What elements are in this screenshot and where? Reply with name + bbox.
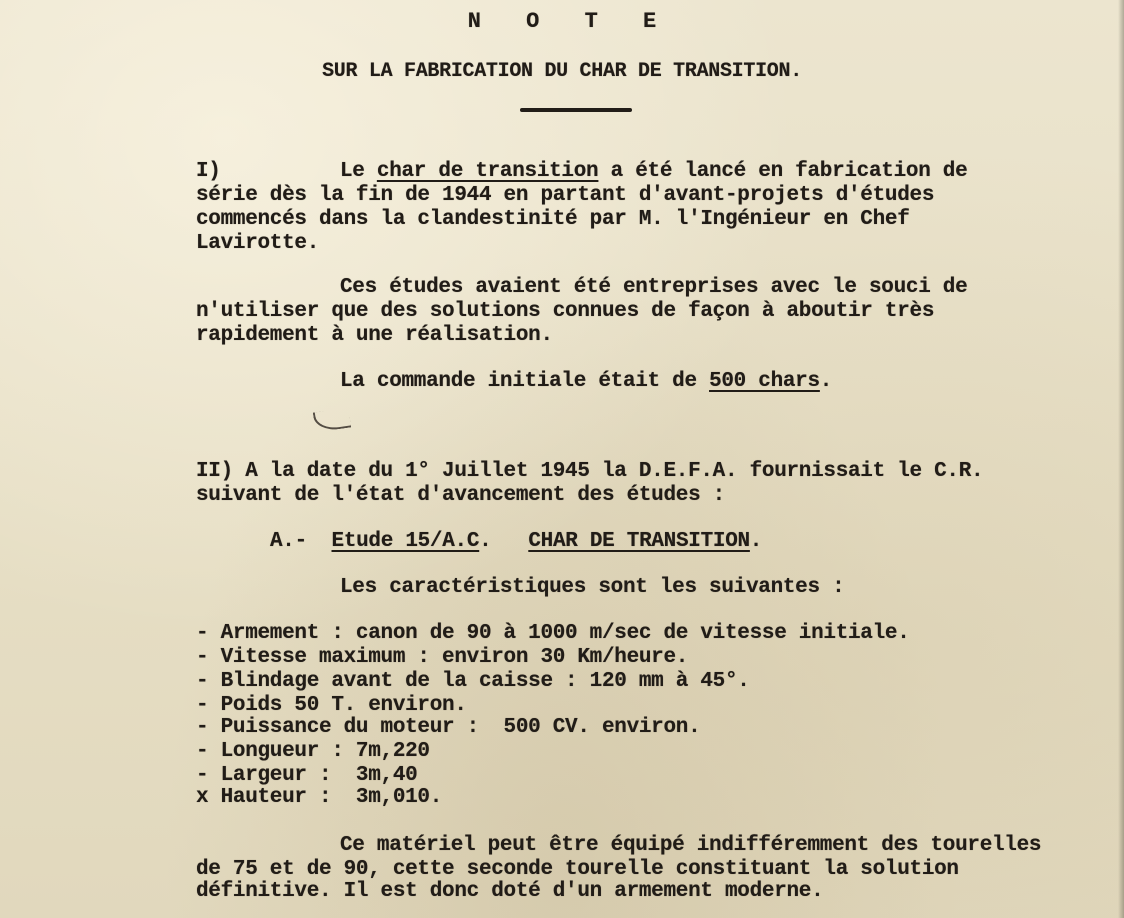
page-edge-shadow <box>1118 0 1124 918</box>
subheading-label: A.- <box>270 530 307 553</box>
characteristic-item: x Hauteur : 3m,010. <box>196 786 442 809</box>
section-1-para-2-line-1: Ces études avaient été entreprises avec … <box>340 276 967 299</box>
underlined-quantity: 500 chars <box>709 370 820 393</box>
underlined-term: char de transition <box>377 160 598 183</box>
document-subtitle: SUR LA FABRICATION DU CHAR DE TRANSITION… <box>0 60 1124 83</box>
characteristics-intro: Les caractéristiques sont les suivantes … <box>340 576 844 599</box>
characteristic-item: - Largeur : 3m,40 <box>196 764 417 787</box>
section-1-para-2-line-2: n'utiliser que des solutions connues de … <box>196 300 934 323</box>
section-2-line-1: II) A la date du 1° Juillet 1945 la D.E.… <box>196 460 983 483</box>
characteristic-item: - Poids 50 T. environ. <box>196 694 467 717</box>
section-1-line-3: commencés dans la clandestinité par M. l… <box>196 208 910 231</box>
section-2-line-2: suivant de l'état d'avancement des étude… <box>196 484 725 507</box>
characteristic-item: - Puissance du moteur : 500 CV. environ. <box>196 716 700 739</box>
section-1-line-4: Lavirotte. <box>196 232 319 255</box>
document-page: N O T E SUR LA FABRICATION DU CHAR DE TR… <box>0 0 1124 918</box>
section-1-para-3: La commande initiale était de 500 chars. <box>340 370 832 393</box>
text: a été lancé en fabrication de <box>598 160 967 183</box>
title-divider <box>520 108 632 112</box>
study-name: CHAR DE TRANSITION <box>528 530 749 553</box>
text: La commande initiale était de <box>340 370 709 393</box>
closing-line-2: de 75 et de 90, cette seconde tourelle c… <box>196 858 959 881</box>
section-1-para-2-line-3: rapidement à une réalisation. <box>196 324 553 347</box>
text: . <box>479 530 491 553</box>
section-1-line-1: Le char de transition a été lancé en fab… <box>340 160 967 183</box>
closing-line-1: Ce matériel peut être équipé indifféremm… <box>340 834 1041 857</box>
section-1-line-2: série dès la fin de 1944 en partant d'av… <box>196 184 934 207</box>
study-reference: Etude 15/A.C <box>332 530 480 553</box>
characteristic-item: - Longueur : 7m,220 <box>196 740 430 763</box>
text: Le <box>340 160 377 183</box>
section-1-number: I) <box>196 160 221 183</box>
characteristic-item: - Blindage avant de la caisse : 120 mm à… <box>196 670 750 693</box>
text: . <box>820 370 832 393</box>
section-2-subheading: A.- Etude 15/A.C. CHAR DE TRANSITION. <box>270 530 762 553</box>
characteristic-item: - Vitesse maximum : environ 30 Km/heure. <box>196 646 688 669</box>
characteristic-item: - Armement : canon de 90 à 1000 m/sec de… <box>196 622 910 645</box>
text: . <box>750 530 762 553</box>
pen-mark <box>313 408 351 433</box>
closing-line-3: définitive. Il est donc doté d'un armeme… <box>196 880 823 903</box>
document-title: N O T E <box>0 10 1124 33</box>
